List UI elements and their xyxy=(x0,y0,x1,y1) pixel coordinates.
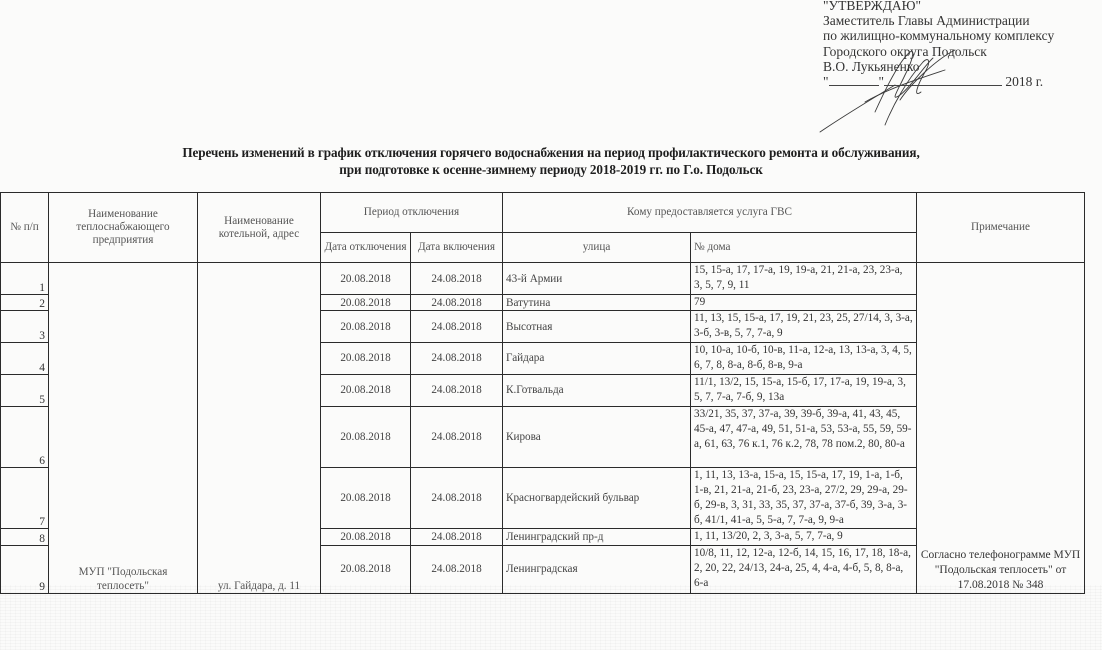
header-supplier: Наименование теплоснабжающего предприяти… xyxy=(49,193,198,263)
date-off-cell: 20.08.2018 xyxy=(321,406,411,467)
houses-cell: 33/21, 35, 37, 37-а, 39, 39-б, 39-а, 41,… xyxy=(691,406,917,467)
approval-year: 2018 г. xyxy=(1005,74,1043,89)
houses-cell: 1, 11, 13/20, 2, 3, 3-а, 5, 7, 7-а, 9 xyxy=(691,529,917,545)
street-cell: Ленинградский пр-д xyxy=(503,529,691,545)
date-on-cell: 24.08.2018 xyxy=(411,529,503,545)
houses-cell: 10/8, 11, 12, 12-а, 12-б, 14, 15, 16, 17… xyxy=(691,545,917,593)
approval-day-blank xyxy=(829,74,879,86)
houses-cell: 11, 13, 15, 15-а, 17, 19, 21, 23, 25, 27… xyxy=(691,311,917,343)
row-number: 2 xyxy=(1,295,49,311)
row-number: 7 xyxy=(1,467,49,529)
approval-line-3: Городского округа Подольск xyxy=(823,44,1054,59)
header-period: Период отключения xyxy=(321,193,503,233)
houses-cell: 1, 11, 13, 13-а, 15-а, 15, 15-а, 17, 19,… xyxy=(691,467,917,529)
outage-table: № п/п Наименование теплоснабжающего пред… xyxy=(0,192,1085,594)
date-off-cell: 20.08.2018 xyxy=(321,343,411,374)
date-off-cell: 20.08.2018 xyxy=(321,529,411,545)
street-cell: Высотная xyxy=(503,311,691,343)
street-cell: 43-й Армии xyxy=(503,263,691,295)
note-cell: Согласно телефонограмме МУП "Подольская … xyxy=(917,263,1085,594)
row-number: 8 xyxy=(1,529,49,545)
title-line-1: Перечень изменений в график отключения г… xyxy=(0,144,1102,161)
header-note: Примечание xyxy=(917,193,1085,263)
date-on-cell: 24.08.2018 xyxy=(411,374,503,406)
date-off-cell: 20.08.2018 xyxy=(321,263,411,295)
row-number: 4 xyxy=(1,343,49,374)
houses-cell: 10, 10-а, 10-б, 10-в, 11-а, 12-а, 13, 13… xyxy=(691,343,917,374)
supplier-cell: МУП "Подольская теплосеть" xyxy=(49,263,198,594)
boiler-cell: ул. Гайдара, д. 11 xyxy=(198,263,321,594)
approval-line-2: по жилищно-коммунальному комплексу xyxy=(823,28,1054,43)
date-off-cell: 20.08.2018 xyxy=(321,311,411,343)
header-boiler: Наименование котельной, адрес xyxy=(198,193,321,263)
table-body: 1МУП "Подольская теплосеть"ул. Гайдара, … xyxy=(1,263,1085,594)
approval-stamp: "УТВЕРЖДАЮ" xyxy=(823,0,1054,13)
row-number: 3 xyxy=(1,311,49,343)
date-on-cell: 24.08.2018 xyxy=(411,295,503,311)
date-on-cell: 24.08.2018 xyxy=(411,343,503,374)
houses-cell: 79 xyxy=(691,295,917,311)
header-num: № п/п xyxy=(1,193,49,263)
header-date-off: Дата отключения xyxy=(321,233,411,263)
approval-month-blank xyxy=(884,74,1002,86)
header-service: Кому предоставляется услуга ГВС xyxy=(503,193,917,233)
houses-cell: 11/1, 13/2, 15, 15-а, 15-б, 17, 17-а, 19… xyxy=(691,374,917,406)
street-cell: Красногвардейский бульвар xyxy=(503,467,691,529)
header-house: № дома xyxy=(691,233,917,263)
scan-noise xyxy=(0,585,1102,650)
date-off-cell: 20.08.2018 xyxy=(321,467,411,529)
approval-block: "УТВЕРЖДАЮ" Заместитель Главы Администра… xyxy=(823,0,1054,89)
row-number: 1 xyxy=(1,263,49,295)
date-on-cell: 24.08.2018 xyxy=(411,263,503,295)
approval-line-4: В.О. Лукьяненко xyxy=(823,59,1054,74)
street-cell: Ленинградская xyxy=(503,545,691,593)
row-number: 6 xyxy=(1,406,49,467)
header-street: улица xyxy=(503,233,691,263)
date-off-cell: 20.08.2018 xyxy=(321,295,411,311)
approval-date-line: "" 2018 г. xyxy=(823,74,1054,89)
houses-cell: 15, 15-а, 17, 17-а, 19, 19-а, 21, 21-а, … xyxy=(691,263,917,295)
title-line-2: при подготовке к осенне-зимнему периоду … xyxy=(0,161,1102,178)
table-row: 1МУП "Подольская теплосеть"ул. Гайдара, … xyxy=(1,263,1085,295)
header-date-on: Дата включения xyxy=(411,233,503,263)
date-on-cell: 24.08.2018 xyxy=(411,545,503,593)
date-on-cell: 24.08.2018 xyxy=(411,406,503,467)
date-on-cell: 24.08.2018 xyxy=(411,467,503,529)
street-cell: Ватутина xyxy=(503,295,691,311)
date-off-cell: 20.08.2018 xyxy=(321,545,411,593)
date-off-cell: 20.08.2018 xyxy=(321,374,411,406)
street-cell: Кирова xyxy=(503,406,691,467)
row-number: 5 xyxy=(1,374,49,406)
document-title: Перечень изменений в график отключения г… xyxy=(0,144,1102,178)
street-cell: Гайдара xyxy=(503,343,691,374)
row-number: 9 xyxy=(1,545,49,593)
approval-line-1: Заместитель Главы Администрации xyxy=(823,13,1054,28)
street-cell: К.Готвальда xyxy=(503,374,691,406)
date-on-cell: 24.08.2018 xyxy=(411,311,503,343)
